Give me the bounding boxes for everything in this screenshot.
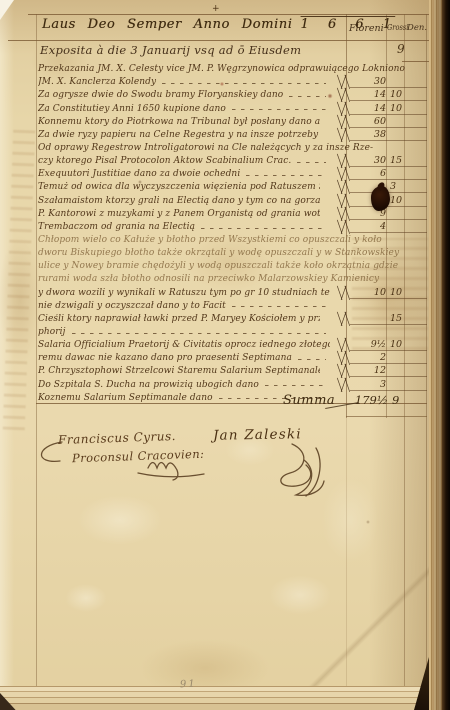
ledger-row: y dwora wozili y wynikali w Ratuszu tym … (0, 285, 426, 298)
ledger-row: Za Constitutiey Anni 1650 kupione dano╲╱… (0, 101, 426, 114)
entry-text: Temuż od owica dla wyczyszczenia więzien… (38, 182, 320, 192)
amount-floreni: 30 (356, 76, 388, 87)
dash-leader (298, 353, 326, 363)
amount-grossi: 10 (388, 287, 406, 298)
entry-text: Trembaczom od grania na Electią (38, 222, 195, 232)
amount-grossi: 10 (388, 103, 406, 114)
amount-floreni: 30 (356, 155, 388, 166)
dash-leader (232, 301, 326, 311)
entry-text: Do Szpitala S. Ducha na prowizią ubogich… (38, 380, 259, 390)
ledger-row: Do Szpitala S. Ducha na prowizią ubogich… (0, 377, 426, 390)
stacked-pages-bottom-edge (0, 686, 450, 710)
cross-mark-icon: + (212, 4, 220, 14)
section-heading: Exposita à die 3 Januarij vsq ad ō Eiusd… (40, 43, 301, 57)
amount-grossi: 10 (388, 339, 406, 350)
column-header-floreni: Floreni (349, 23, 384, 34)
dash-leader (289, 90, 326, 100)
amount-floreni: 9½ (356, 339, 388, 350)
pencil-folio-number: 91 (180, 679, 197, 691)
amount-grossi: 15 (388, 155, 406, 166)
entry-text: Od oprawy Regestrow Introligatorowi na C… (38, 143, 373, 153)
entry-text: czy ktorego Pisal Protocolon Aktow Scabi… (38, 156, 291, 166)
entry-text: phorij (38, 327, 66, 337)
entry-text: Cieśli ktory naprawiał ławki przed P. Ma… (38, 314, 320, 324)
amount-floreni: 12 (356, 365, 388, 376)
ledger-row: Przekazania JM. X. Celesty vice JM. P. W… (0, 62, 426, 75)
entry-text: Salaria Officialium Praetorij & Civitati… (38, 340, 330, 350)
ledger-row: rurami woda szła błotho odnosili na prze… (0, 272, 426, 285)
page-number: 9 (397, 42, 405, 56)
summa-grossi: 9 (392, 393, 399, 407)
page-title: Laus Deo Semper Anno Domini1 6 6 1 (42, 17, 395, 32)
amount-floreni: 10 (356, 287, 388, 298)
amount-floreni: 4 (356, 221, 388, 232)
ledger-row: Za ogrysze dwie do Swodu bramy Floryansk… (0, 88, 426, 101)
dash-leader (162, 77, 326, 87)
ledger-row: phorij (0, 325, 426, 338)
entry-text: P. Chrzysztophowi Strzelcowi Staremu Sal… (38, 366, 320, 376)
ledger-row: Trembaczom od grania na Electią╲╱╲4 (0, 220, 426, 233)
dash-leader (265, 380, 326, 390)
amount-floreni: 38 (356, 129, 388, 140)
stacked-pages-right-edge (429, 0, 443, 710)
entry-text: rurami woda szła błotho odnosili na prze… (38, 274, 379, 284)
rule-under-header (8, 40, 436, 41)
ledger-row: Temuż od owica dla wyczyszczenia więzien… (0, 180, 426, 193)
column-header-den: Den. (407, 23, 427, 33)
signature-jan-zaleski: Jan Zaleski (213, 426, 302, 444)
amount-grossi: 10 (388, 89, 406, 100)
dash-leader (297, 156, 326, 166)
ledger-row: P. Kantorowi z muzykami y z Panem Organi… (0, 207, 426, 220)
entry-text: Szałamaistom ktorzy grali na Electią dan… (38, 196, 320, 206)
ledger-row: Chłopom wielo co Kałuże y błotho przed W… (0, 233, 426, 246)
amount-grossi: 3 (388, 181, 406, 192)
ledger-row: Od oprawy Regestrow Introligatorowi na C… (0, 141, 426, 154)
summa-label: Summa (283, 393, 335, 408)
amount-grossi: 10 (388, 195, 406, 206)
manuscript-page: + Laus Deo Semper Anno Domini1 6 6 1 Flo… (0, 0, 450, 710)
ledger-row: Konnemu ktory do Piotrkowa na Tribunal b… (0, 115, 426, 128)
ledger-row: JM. X. Kanclerza Kolendy╲╱╲30 (0, 75, 426, 88)
summa-floreni: 179½ (352, 393, 388, 407)
ledger-row: P. Chrzysztophowi Strzelcowi Staremu Sal… (0, 364, 426, 377)
amount-floreni: 60 (356, 116, 388, 127)
entry-text: JM. X. Kanclerza Kolendy (38, 77, 156, 87)
entry-text: remu dawac nie kazano dano pro praesenti… (38, 353, 292, 363)
ledger-row: Salaria Officialium Praetorij & Civitati… (0, 338, 426, 351)
ledger-rows: Przekazania JM. X. Celesty vice JM. P. W… (0, 62, 426, 404)
entry-text: Przekazania JM. X. Celesty vice JM. P. W… (38, 64, 405, 74)
dash-leader (201, 222, 326, 232)
entry-text: Za dwie ryzy papieru na Celne Regestra y… (38, 130, 320, 140)
entry-text: Konnemu ktory do Piotrkowa na Tribunal b… (38, 117, 320, 127)
ledger-row: Cieśli ktory naprawiał ławki przed P. Ma… (0, 312, 426, 325)
book-binding (442, 0, 450, 710)
ledger-row: czy ktorego Pisal Protocolon Aktow Scabi… (0, 154, 426, 167)
entry-text: Chłopom wielo co Kałuże y błotho przed W… (38, 235, 382, 245)
paper-crease (300, 560, 440, 700)
entry-text: Za ogrysze dwie do Swodu bramy Floryansk… (38, 90, 283, 100)
amount-floreni: 6 (356, 168, 388, 179)
entry-text: ulice y Nowey bramie chędożyli y wodą op… (38, 261, 398, 271)
ledger-row: ulice y Nowey bramie chędożyli y wodą op… (0, 259, 426, 272)
ledger-row: remu dawac nie kazano dano pro praesenti… (0, 351, 426, 364)
dash-leader (72, 327, 326, 337)
ledger-row: nie dzwigali y oczyszczał dano y to Faci… (0, 299, 426, 312)
dash-leader (246, 169, 326, 179)
entry-text: dworu Biskupiego błotho także okrzątali … (38, 248, 399, 258)
amount-floreni: 3 (356, 379, 388, 390)
entry-text: Za Constitutiey Anni 1650 kupione dano (38, 104, 226, 114)
page-title-text: Laus Deo Semper Anno Domini (42, 17, 292, 32)
amount-grossi: 15 (388, 313, 406, 324)
amount-floreni: 14 (356, 103, 388, 114)
amount-floreni: 2 (356, 352, 388, 363)
ledger-row: Exequutori Justitiae dano za dwoie oched… (0, 167, 426, 180)
ledger-row: Za dwie ryzy papieru na Celne Regestra y… (0, 128, 426, 141)
dash-leader (232, 104, 326, 114)
entry-text: P. Kantorowi z muzykami y z Panem Organi… (38, 209, 320, 219)
entry-text: nie dzwigali y oczyszczał dano y to Faci… (38, 301, 226, 311)
column-header-grossi: Grossi (387, 23, 408, 33)
amount-floreni: 14 (356, 89, 388, 100)
rule-top (28, 14, 436, 15)
entry-text: y dwora wozili y wynikali w Ratuszu tym … (38, 288, 330, 298)
entry-text: Exequutori Justitiae dano za dwoie oched… (38, 169, 240, 179)
summa-row: Summa 179½ 9 (0, 391, 426, 413)
ledger-row: Szałamaistom ktorzy grali na Electią dan… (0, 193, 426, 206)
ledger-row: dworu Biskupiego błotho także okrzątali … (0, 246, 426, 259)
